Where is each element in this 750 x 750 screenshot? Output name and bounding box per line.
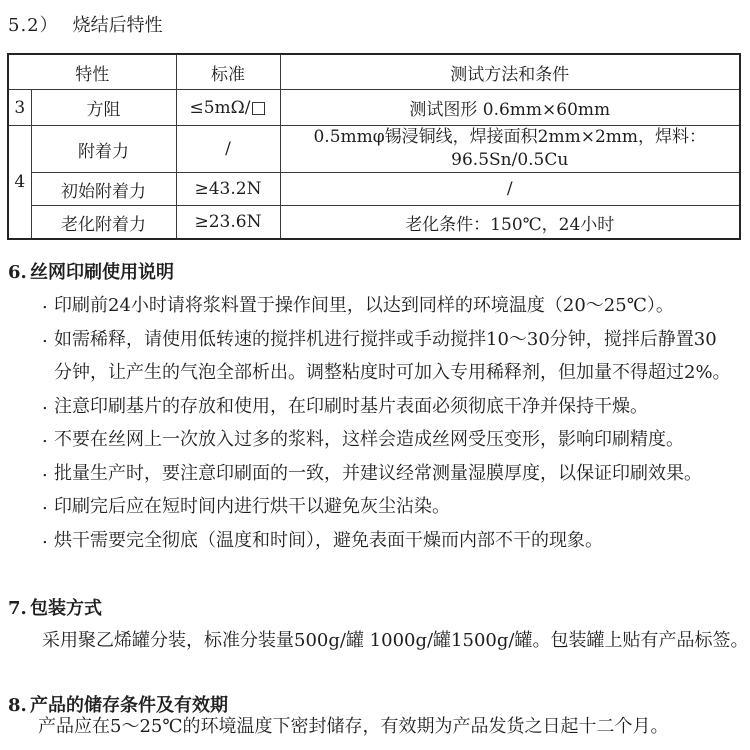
section-7-heading: 7.包装方式 <box>8 594 102 620</box>
heading-number: 5.2） <box>8 15 59 36</box>
list-item: . 批量生产时，要注意印刷面的一致，并建议经常测量湿膜厚度，以保证印刷效果。 <box>0 457 744 491</box>
list-item-text: 印刷前24小时请将浆料置于操作间里，以达到同样的环境温度（20～25℃）。 <box>54 295 674 316</box>
cell-name: 附着力 <box>31 126 176 173</box>
cell-method: 0.5mmφ锡浸铜线，焊接面积2mm×2mm，焊料： 96.5Sn/0.5Cu <box>280 126 740 173</box>
list-item-text: 批量生产时，要注意印刷面的一致，并建议经常测量湿膜厚度，以保证印刷效果。 <box>54 463 702 484</box>
table-row: 3 方阻 ≤5mΩ/□ 测试图形 0.6mm×60mm <box>8 90 740 126</box>
table-row: 老化附着力 ≥23.6N 老化条件：150℃，24小时 <box>8 206 740 240</box>
list-item-text: 不要在丝网上一次放入过多的浆料，这样会造成丝网受压变形，影响印刷精度。 <box>54 429 684 450</box>
list-item: . 不要在丝网上一次放入过多的浆料，这样会造成丝网受压变形，影响印刷精度。 <box>0 423 744 457</box>
list-item-text: 印刷完后应在短时间内进行烘干以避免灰尘沾染。 <box>54 496 450 517</box>
table-row: 初始附着力 ≥43.2N / <box>8 173 740 206</box>
bullet-dot: . <box>42 320 48 354</box>
bullet-dot: . <box>42 387 48 421</box>
section-number: 6. <box>8 262 30 283</box>
heading-title: 烧结后特性 <box>73 15 163 36</box>
list-item-text: 烘干需要完全彻底（温度和时间），避免表面干燥而内部不干的现象。 <box>54 530 603 551</box>
packaging-body-text: 采用聚乙烯罐分装，标准分装量500g/罐 1000g/罐1500g/罐。包装罐上… <box>42 626 748 652</box>
header-characteristic: 特性 <box>8 54 176 90</box>
list-item: . 印刷前24小时请将浆料置于操作间里，以达到同样的环境温度（20～25℃）。 <box>0 289 744 323</box>
cell-name: 老化附着力 <box>31 206 176 240</box>
cell-standard: / <box>176 126 280 173</box>
page-heading: 5.2）烧结后特性 <box>8 11 163 37</box>
section-title: 包装方式 <box>30 598 102 619</box>
section-number: 8. <box>8 695 30 716</box>
bullet-dot: . <box>42 286 48 320</box>
bullet-dot: . <box>42 487 48 521</box>
header-method: 测试方法和条件 <box>280 54 740 90</box>
storage-body-text: 产品应在5～25℃的环境温度下密封储存，有效期为产品发货之日起十二个月。 <box>38 712 669 738</box>
list-item-text: 注意印刷基片的存放和使用，在印刷时基片表面必须彻底干净并保持干燥。 <box>54 396 648 417</box>
list-item: . 如需稀释，请使用低转速的搅拌机进行搅拌或手动搅拌10～30分钟，搅拌后静置3… <box>0 323 744 390</box>
cell-standard: ≥43.2N <box>176 173 280 206</box>
header-standard: 标准 <box>176 54 280 90</box>
cell-name: 方阻 <box>31 90 176 126</box>
section-6-heading: 6.丝网印刷使用说明 <box>8 258 174 284</box>
section-number: 7. <box>8 598 30 619</box>
list-item-text: 如需稀释，请使用低转速的搅拌机进行搅拌或手动搅拌10～30分钟，搅拌后静置30 … <box>54 329 731 384</box>
cell-name: 初始附着力 <box>31 173 176 206</box>
list-item: . 注意印刷基片的存放和使用，在印刷时基片表面必须彻底干净并保持干燥。 <box>0 390 744 424</box>
list-item: . 烘干需要完全彻底（温度和时间），避免表面干燥而内部不干的现象。 <box>0 524 744 558</box>
cell-method: 测试图形 0.6mm×60mm <box>280 90 740 126</box>
cell-method: / <box>280 173 740 206</box>
characteristics-table: 特性 标准 测试方法和条件 3 方阻 ≤5mΩ/□ 测试图形 0.6mm×60m… <box>7 53 741 240</box>
datasheet-page: { "page_heading": { "number": "5.2）", "t… <box>0 0 750 750</box>
bullet-dot: . <box>42 420 48 454</box>
table-header-row: 特性 标准 测试方法和条件 <box>8 54 740 90</box>
cell-method: 老化条件：150℃，24小时 <box>280 206 740 240</box>
table-row: 4 附着力 / 0.5mmφ锡浸铜线，焊接面积2mm×2mm，焊料： 96.5S… <box>8 126 740 173</box>
list-item: . 印刷完后应在短时间内进行烘干以避免灰尘沾染。 <box>0 490 744 524</box>
bullet-dot: . <box>42 521 48 555</box>
row-number: 3 <box>8 90 31 126</box>
section-title: 丝网印刷使用说明 <box>30 262 174 283</box>
row-number: 4 <box>8 126 31 240</box>
bullet-dot: . <box>42 454 48 488</box>
cell-standard: ≥23.6N <box>176 206 280 240</box>
cell-standard: ≤5mΩ/□ <box>176 90 280 126</box>
screen-print-instructions-list: . 印刷前24小时请将浆料置于操作间里，以达到同样的环境温度（20～25℃）。 … <box>0 289 744 557</box>
